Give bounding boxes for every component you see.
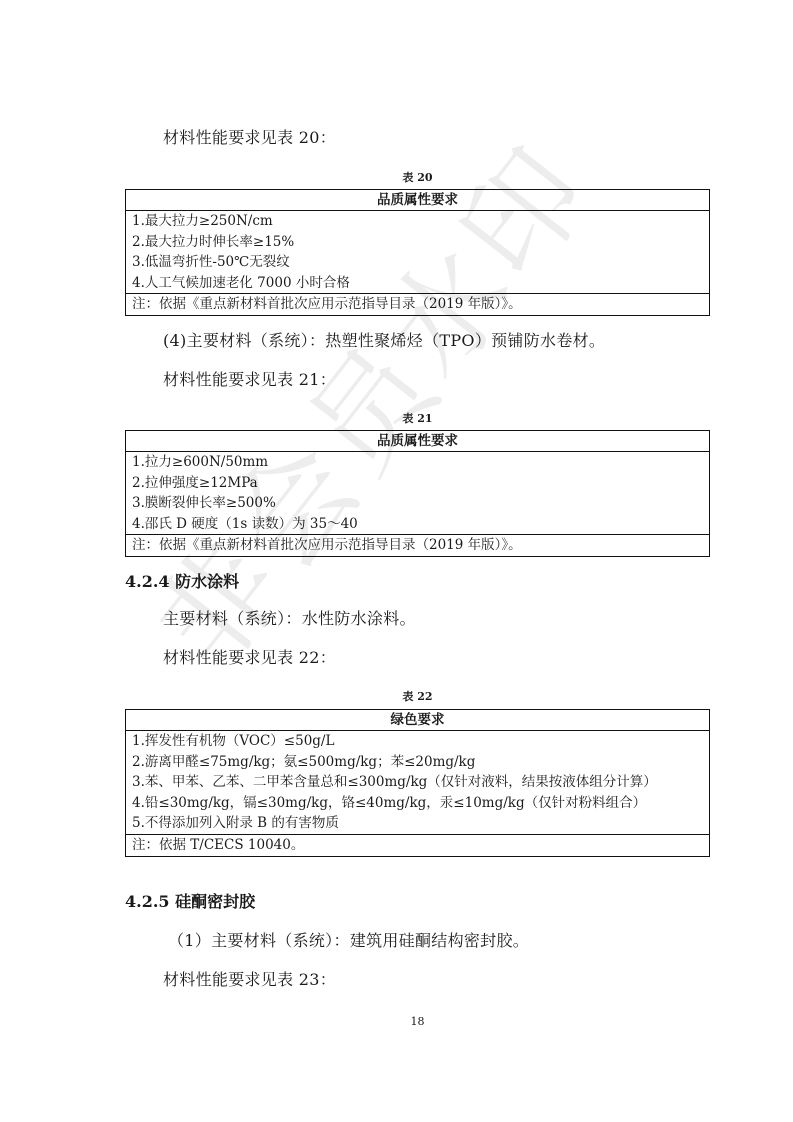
table-22: 绿色要求 1.挥发性有机物（VOC）≤50g/L 2.游离甲醛≤75mg/kg；…: [125, 709, 710, 857]
table22-body: 1.挥发性有机物（VOC）≤50g/L 2.游离甲醛≤75mg/kg；氨≤500…: [126, 731, 710, 835]
table21-item: 2.拉伸强度≥12MPa: [132, 473, 709, 494]
table20-header: 品质属性要求: [126, 190, 710, 211]
section-heading-4-2-4: 4.2.4 防水涂料: [125, 572, 239, 592]
table20-item: 2.最大拉力时伸长率≥15%: [132, 232, 709, 253]
table20-caption: 表 20: [0, 171, 793, 185]
table22-caption: 表 22: [0, 690, 793, 704]
paragraph-main-material-424: 主要材料（系统）：水性防水涂料。: [163, 609, 416, 629]
paragraph-item4-material: (4)主要材料（系统）：热塑性聚烯烃（TPO）预铺防水卷材。: [163, 331, 605, 351]
table21-item: 4.邵氏 D 硬度（1s 读数）为 35～40: [132, 514, 709, 535]
table21-item: 3.膜断裂伸长率≥500%: [132, 493, 709, 514]
table21-body: 1.拉力≥600N/50mm 2.拉伸强度≥12MPa 3.膜断裂伸长率≥500…: [126, 452, 710, 535]
table-21: 品质属性要求 1.拉力≥600N/50mm 2.拉伸强度≥12MPa 3.膜断裂…: [125, 430, 710, 557]
table21-note: 注：依据《重点新材料首批次应用示范指导目录（2019 年版）》。: [126, 535, 710, 557]
table20-item: 1.最大拉力≥250N/cm: [132, 211, 709, 232]
table20-body: 1.最大拉力≥250N/cm 2.最大拉力时伸长率≥15% 3.低温弯折性-50…: [126, 211, 710, 294]
section-heading-4-2-5: 4.2.5 硅酮密封胶: [125, 892, 255, 912]
paragraph-table21-intro: 材料性能要求见表 21：: [163, 370, 336, 390]
table20-note: 注：依据《重点新材料首批次应用示范指导目录（2019 年版）》。: [126, 294, 710, 316]
table21-item: 1.拉力≥600N/50mm: [132, 452, 709, 473]
paragraph-table20-intro: 材料性能要求见表 20：: [163, 128, 336, 148]
table20-item: 3.低温弯折性-50℃无裂纹: [132, 252, 709, 273]
table22-note: 注：依据 T/CECS 10040。: [126, 834, 710, 856]
table20-item: 4.人工气候加速老化 7000 小时合格: [132, 273, 709, 294]
table22-item: 2.游离甲醛≤75mg/kg；氨≤500mg/kg；苯≤20mg/kg: [132, 752, 703, 773]
table21-header: 品质属性要求: [126, 431, 710, 452]
document-page: 非会员水印 材料性能要求见表 20： 表 20 品质属性要求 1.最大拉力≥25…: [0, 0, 793, 1122]
paragraph-table22-intro: 材料性能要求见表 22：: [163, 648, 336, 668]
table22-item: 5.不得添加列入附录 B 的有害物质: [132, 813, 703, 834]
paragraph-main-material-425: （1）主要材料（系统）：建筑用硅酮结构密封胶。: [168, 931, 529, 951]
table22-header: 绿色要求: [126, 710, 710, 731]
table22-item: 1.挥发性有机物（VOC）≤50g/L: [132, 731, 703, 752]
paragraph-table23-intro: 材料性能要求见表 23：: [163, 970, 336, 990]
table-20: 品质属性要求 1.最大拉力≥250N/cm 2.最大拉力时伸长率≥15% 3.低…: [125, 189, 710, 316]
table21-caption: 表 21: [0, 412, 793, 426]
table22-item: 4.铅≤30mg/kg，镉≤30mg/kg，铬≤40mg/kg，汞≤10mg/k…: [132, 793, 703, 814]
table22-item: 3.苯、甲苯、乙苯、二甲苯含量总和≤300mg/kg（仅针对液料，结果按液体组分…: [132, 772, 703, 793]
page-number: 18: [0, 1015, 793, 1028]
